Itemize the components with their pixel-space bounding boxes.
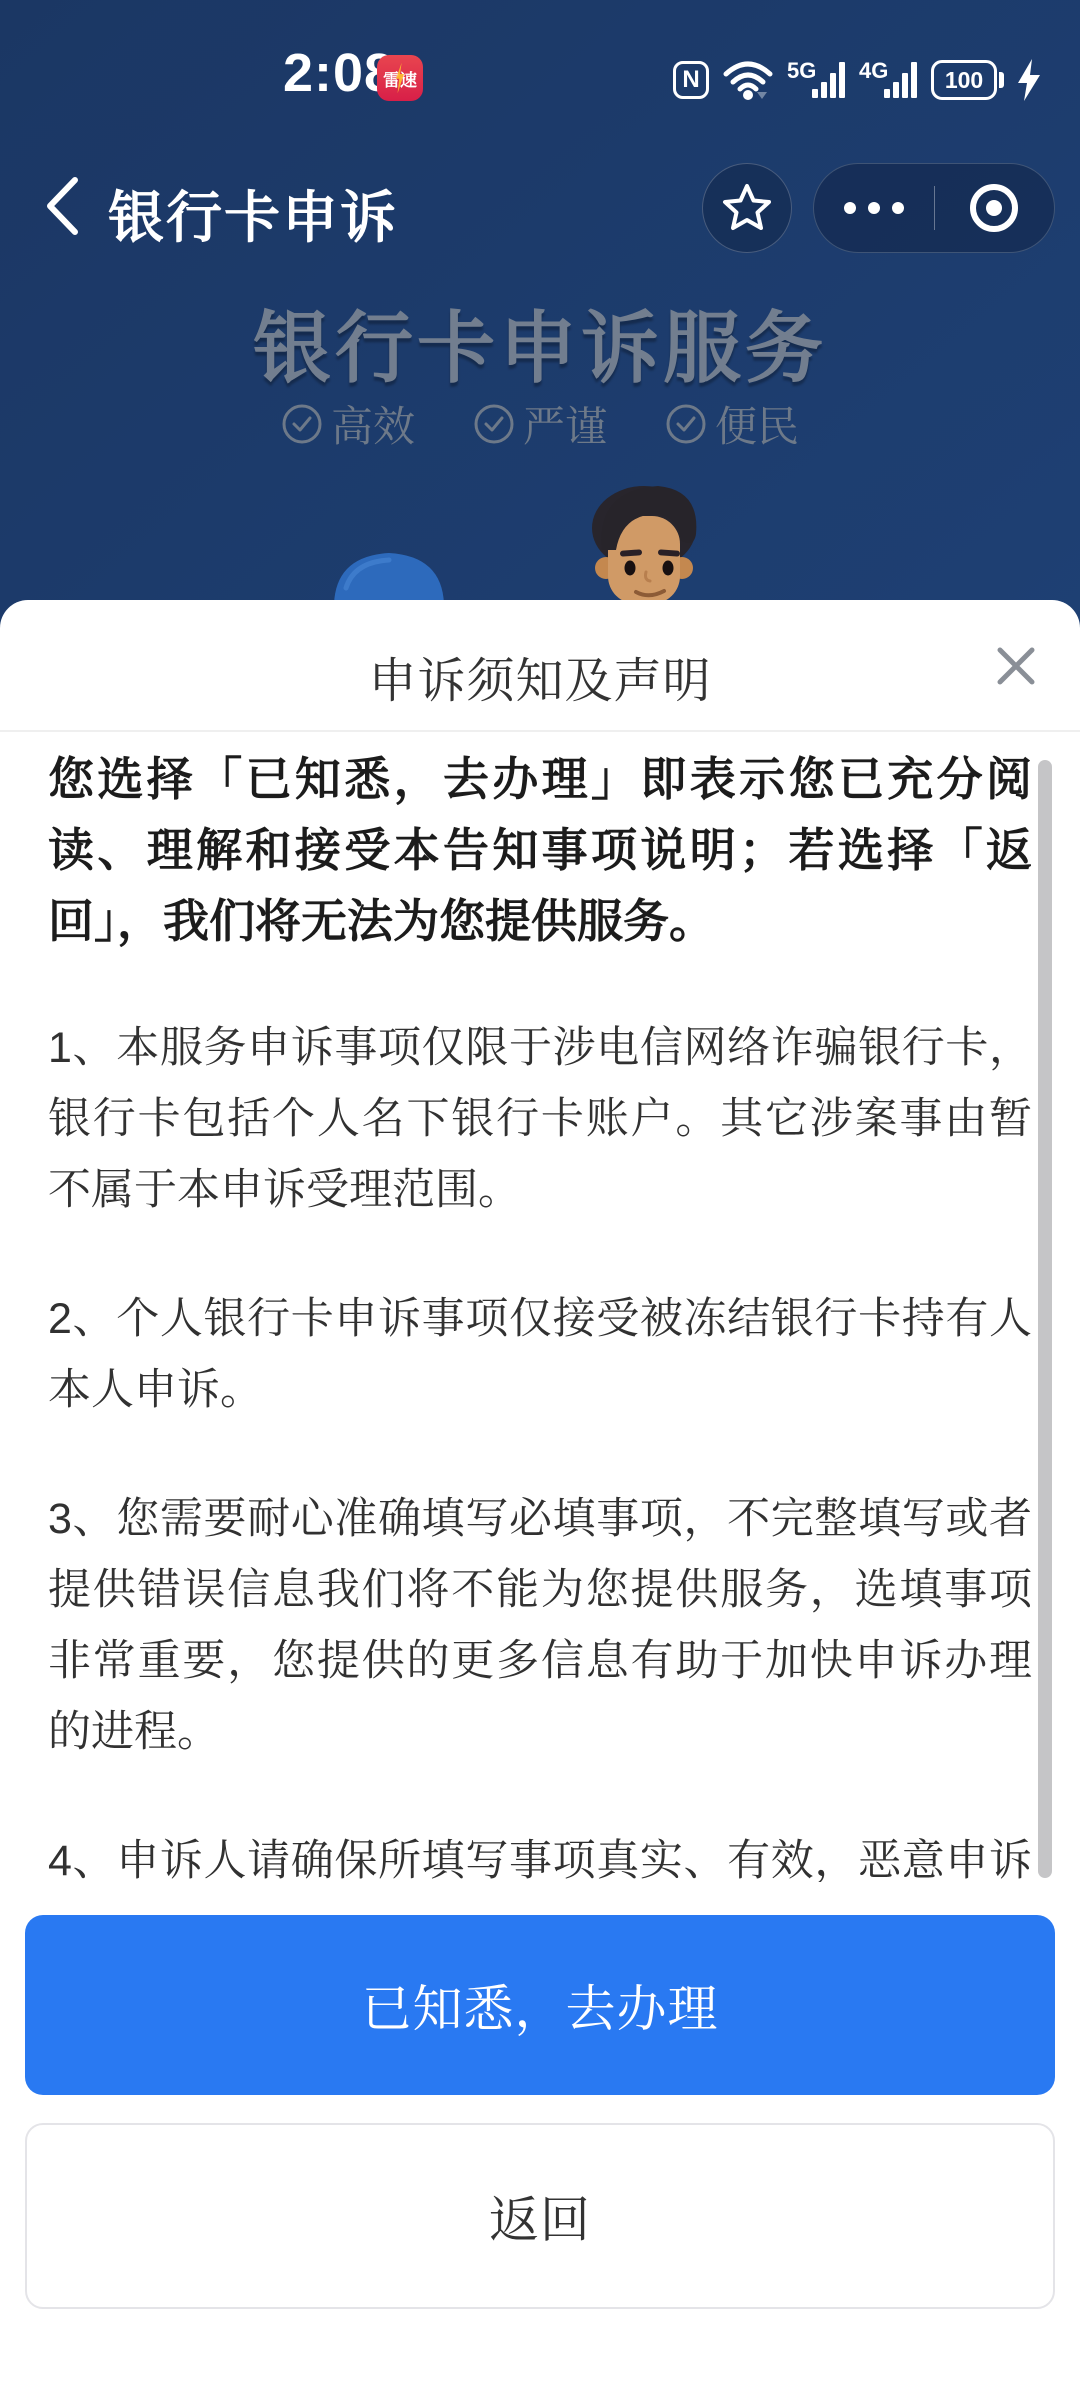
back-chevron-icon bbox=[45, 177, 79, 235]
badge-convenient: 便民 bbox=[665, 394, 799, 454]
status-icons: N 5G 4G 100 bbox=[673, 60, 1040, 100]
page-title: 银行卡申诉 bbox=[108, 174, 398, 254]
wifi-icon bbox=[723, 60, 773, 100]
notice-item-3: 3、您需要耐心准确填写必填事项，不完整填写或者提供错误信息我们将不能为您提供服务… bbox=[48, 1484, 1032, 1768]
notice-item-4: 4、申诉人请确保所填写事项真实、有效，恶意申诉将承担法律责任。 bbox=[48, 1826, 1032, 1882]
back-button[interactable] bbox=[30, 174, 94, 238]
nfc-icon: N bbox=[673, 61, 709, 99]
notification-app-icon: 雷速 bbox=[377, 55, 423, 101]
notice-text-area: 您选择「已知悉，去办理」即表示您已充分阅读、理解和接受本告知事项说明；若选择「返… bbox=[0, 732, 1080, 1882]
scrollbar-thumb[interactable] bbox=[1038, 760, 1052, 1878]
modal-header: 申诉须知及声明 bbox=[0, 600, 1080, 732]
badge-label: 严谨 bbox=[523, 394, 607, 454]
battery-icon: 100 bbox=[931, 60, 1004, 100]
screen: 2:08 雷速 N 5G 4G bbox=[0, 0, 1080, 2400]
favorite-button[interactable] bbox=[702, 163, 792, 253]
badge-label: 便民 bbox=[715, 394, 799, 454]
battery-level: 100 bbox=[945, 67, 983, 94]
modal-title: 申诉须知及声明 bbox=[0, 642, 1080, 711]
close-icon bbox=[995, 645, 1037, 687]
close-button[interactable] bbox=[984, 634, 1048, 698]
return-button[interactable]: 返回 bbox=[25, 2123, 1055, 2309]
signal-4g-icon: 4G bbox=[859, 60, 917, 100]
capped-avatar-illustration bbox=[330, 548, 448, 604]
star-icon bbox=[721, 183, 773, 233]
notice-item-2: 2、个人银行卡申诉事项仅接受被冻结银行卡持有人本人申诉。 bbox=[48, 1284, 1032, 1426]
banner-badges: 高效 严谨 便民 bbox=[0, 394, 1080, 454]
signal-5g-icon: 5G bbox=[787, 60, 845, 100]
exit-button[interactable] bbox=[935, 164, 1055, 252]
check-circle-icon bbox=[281, 403, 323, 445]
male-avatar-illustration bbox=[572, 476, 712, 604]
more-button[interactable] bbox=[814, 164, 934, 252]
badge-rigorous: 严谨 bbox=[473, 394, 607, 454]
circle-dot-icon bbox=[968, 182, 1020, 234]
check-circle-icon bbox=[473, 403, 515, 445]
status-bar: 2:08 雷速 N 5G 4G bbox=[0, 40, 1080, 110]
banner-title: 银行卡申诉服务 bbox=[0, 286, 1080, 398]
miniprogram-capsule bbox=[813, 163, 1055, 253]
notice-item-1: 1、本服务申诉事项仅限于涉电信网络诈骗银行卡，银行卡包括个人名下银行卡账户。其它… bbox=[48, 1013, 1032, 1226]
notice-intro: 您选择「已知悉，去办理」即表示您已充分阅读、理解和接受本告知事项说明；若选择「返… bbox=[48, 744, 1032, 957]
badge-efficient: 高效 bbox=[281, 394, 415, 454]
nfc-label: N bbox=[682, 66, 699, 94]
nav-bar: 银行卡申诉 bbox=[0, 160, 1080, 256]
check-circle-icon bbox=[665, 403, 707, 445]
charging-icon bbox=[1018, 59, 1040, 101]
notice-modal: 申诉须知及声明 您选择「已知悉，去办理」即表示您已充分阅读、理解和接受本告知事项… bbox=[0, 600, 1080, 2400]
badge-label: 高效 bbox=[331, 394, 415, 454]
lightning-glyph bbox=[396, 59, 404, 97]
acknowledge-button[interactable]: 已知悉，去办理 bbox=[25, 1915, 1055, 2095]
